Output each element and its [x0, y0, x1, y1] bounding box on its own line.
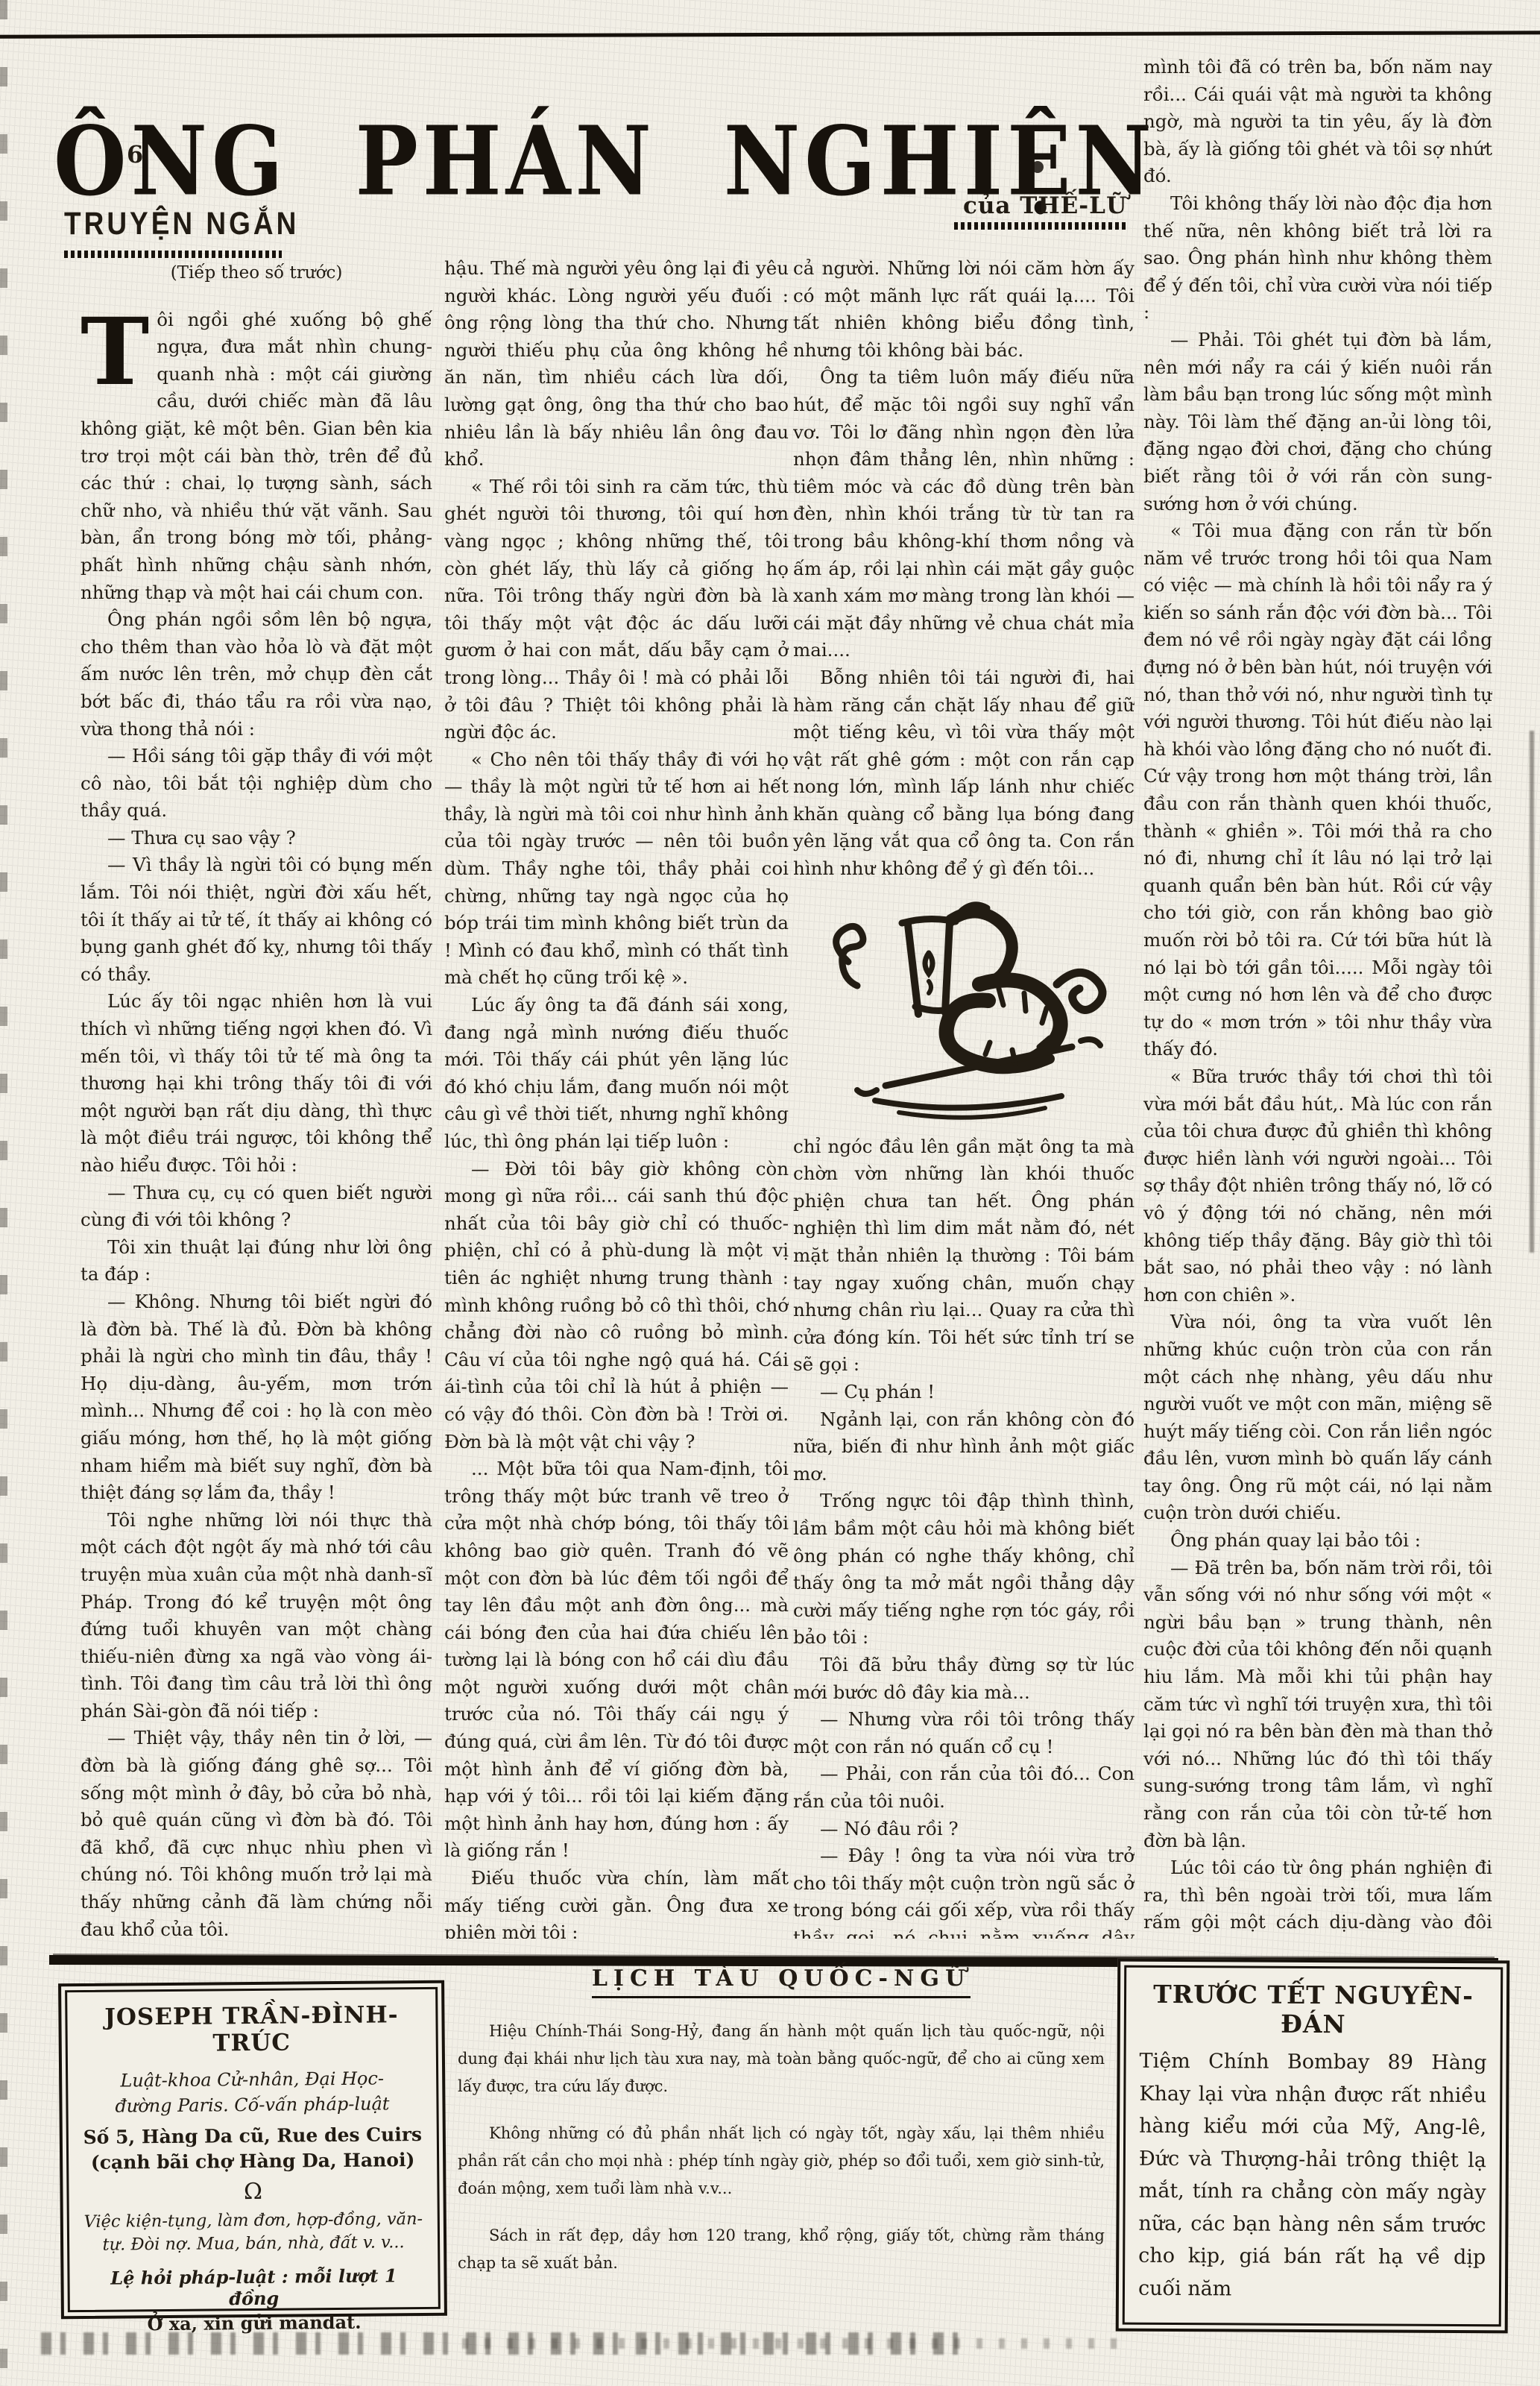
- story-paragraph: « Tôi mua đặng con rắn từ bốn năm về trư…: [1143, 517, 1492, 1063]
- story-paragraph: — Cụ phán !: [793, 1379, 1135, 1406]
- ad-title: TRƯỚC TẾT NGUYÊN-ĐÁN: [1140, 1980, 1487, 2039]
- story-paragraph: — Thiệt vậy, thầy nên tin ở lời, — đờn b…: [81, 1725, 432, 1939]
- column-1: (Tiếp theo số trước) Tôi ngồi ghé xuống …: [81, 259, 432, 1939]
- story-paragraph: Lúc ấy tôi ngạc nhiên hơn là vui thích v…: [81, 988, 432, 1179]
- ad-tiem-chinh-bombay: TRƯỚC TẾT NGUYÊN-ĐÁN Tiệm Chính Bombay 8…: [1116, 1959, 1510, 2334]
- byline-block: của THẾ-LỮ: [850, 192, 1127, 230]
- drop-cap: T: [81, 306, 157, 389]
- section-underline: [64, 251, 282, 258]
- ad-title: JOSEPH TRẦN-ĐÌNH-TRÚC: [81, 2001, 423, 2058]
- story-paragraph: « Bữa trước thầy tới chơi thì tôi vừa mớ…: [1143, 1063, 1492, 1309]
- story-paragraph: — Nhưng vừa rồi tôi trông thấy một con r…: [793, 1706, 1135, 1760]
- continuation-note: (Tiếp theo số trước): [81, 259, 432, 287]
- story-paragraph: Lúc ấy ông ta đã đánh sái xong, đang ngả…: [444, 992, 789, 1156]
- ad-joseph-tran-dinh-truc: JOSEPH TRẦN-ĐÌNH-TRÚC Luật-khoa Cử-nhân,…: [58, 1980, 447, 2320]
- story-paragraph: — Hồi sáng tôi gặp thầy đi với một cô nà…: [81, 743, 432, 825]
- column-2: hậu. Thế mà người yêu ông lại đi yêu ngư…: [444, 255, 789, 1939]
- ad-address: (cạnh bãi chợ Hàng Da, Hanoi): [82, 2147, 423, 2176]
- story-paragraph: Ông phán quay lại bảo tôi :: [1143, 1527, 1492, 1555]
- ad-credentials-line: đường Paris. Cố-vấn pháp-luật: [81, 2091, 423, 2119]
- story-paragraph: Tôi ngồi ghé xuống bộ ghế ngựa, đưa mắt …: [81, 306, 432, 607]
- story-paragraph: — Đã trên ba, bốn năm trời rồi, tôi vẫn …: [1143, 1555, 1492, 1855]
- story-paragraph: Vừa nói, ông ta vừa vuốt lên những khúc …: [1143, 1309, 1492, 1527]
- ad-inner-frame: TRƯỚC TẾT NGUYÊN-ĐÁN Tiệm Chính Bombay 8…: [1123, 1965, 1503, 2327]
- ad-title: LỊCH TÀU QUỐC-NGỮ: [458, 1965, 1105, 1998]
- ad-credentials-line: Luật-khoa Cử-nhân, Đại Học-: [81, 2065, 423, 2094]
- story-paragraph: Tôi đã bửu thầy đừng sợ từ lúc mới bước …: [793, 1652, 1135, 1706]
- byline: của THẾ-LỮ: [850, 192, 1127, 219]
- story-paragraph: Ông ta tiêm luôn mấy điếu nữa hút, để mặ…: [793, 364, 1135, 664]
- ad-services-line: tự. Đòi nợ. Mua, bán, nhà, đất v. v...: [83, 2231, 424, 2257]
- story-paragraph: Trống ngực tôi đập thình thình, lầm bầm …: [793, 1488, 1135, 1652]
- ad-fee-line: Lệ hỏi pháp-luật : mỗi lượt 1 đồng: [83, 2264, 424, 2311]
- story-paragraph: ... Một bữa tôi qua Nam-định, tôi trông …: [444, 1455, 789, 1865]
- story-paragraph: — Thưa cụ, cụ có quen biết người cùng đi…: [81, 1180, 432, 1234]
- ad-paragraph: Hiệu Chính-Thái Song-Hỷ, đang ấn hành mộ…: [458, 2018, 1105, 2100]
- story-paragraph: — Thưa cụ sao vậy ?: [81, 825, 432, 852]
- top-rule: [0, 31, 1540, 38]
- ad-paragraph: Không những có đủ phần nhất lịch có ngày…: [458, 2120, 1105, 2203]
- scan-noise: [462, 2338, 1133, 2349]
- story-paragraph: Ông phán ngồi sồm lên bộ ngựa, cho thêm …: [81, 606, 432, 743]
- story-paragraph: Ngảnh lại, con rắn không còn đó nữa, biế…: [793, 1406, 1135, 1488]
- byline-underline: [954, 222, 1127, 230]
- story-paragraph: Tôi nghe những lời nói thực thà một cách…: [81, 1507, 432, 1725]
- ornament-icon: Ω: [82, 2177, 423, 2206]
- story-paragraph: Lúc tôi cáo từ ông phán nghiện đi ra, th…: [1143, 1854, 1492, 1939]
- story-paragraph: « Thế rồi tôi sinh ra căm tức, thù ghét …: [444, 473, 789, 746]
- snake-opium-lamp-illustration: [804, 895, 1124, 1126]
- scan-edge-noise: [0, 0, 7, 2386]
- ad-services-line: Việc kiện-tụng, làm đơn, hợp-đồng, văn-: [83, 2208, 424, 2234]
- story-paragraph: Tôi xin thuật lại đúng như lời ông ta đá…: [81, 1234, 432, 1288]
- story-paragraph: — Phải, con rắn của tôi đó... Con rắn củ…: [793, 1760, 1135, 1815]
- story-paragraph: — Nó đâu rồi ?: [793, 1816, 1135, 1843]
- ad-inner-frame: JOSEPH TRẦN-ĐÌNH-TRÚC Luật-khoa Cử-nhân,…: [65, 1987, 441, 2312]
- ad-paragraph: Sách in rất đẹp, dầy hơn 120 trang, khổ …: [458, 2222, 1105, 2277]
- ad-body: Tiệm Chính Bombay 89 Hàng Khay lại vừa n…: [1138, 2045, 1487, 2306]
- story-paragraph: — Vì thầy là ngừi tôi có bụng mến lắm. T…: [81, 852, 432, 988]
- story-paragraph: — Không. Nhưng tôi biết ngừi đó là đờn b…: [81, 1288, 432, 1507]
- story-paragraph: Điếu thuốc vừa chín, làm mất mấy tiếng c…: [444, 1865, 789, 1939]
- story-paragraph: Bỗng nhiên tôi tái người đi, hai hàm răn…: [793, 664, 1135, 883]
- story-paragraph: cả người. Những lời nói căm hờn ấy có mộ…: [793, 255, 1135, 364]
- column-3: cả người. Những lời nói căm hờn ấy có mộ…: [793, 255, 1135, 1939]
- ornament-dot: [1032, 161, 1044, 173]
- newspaper-page: 6 TRUYỆN NGẮN ÔNG PHÁN NGHIỆN của THẾ-LỮ…: [0, 0, 1540, 2386]
- story-paragraph: hậu. Thế mà người yêu ông lại đi yêu ngư…: [444, 255, 789, 473]
- story-paragraph: — Đây ! ông ta vừa nói vừa trở cho tôi t…: [793, 1842, 1135, 1939]
- ad-address: Số 5, Hàng Da cũ, Rue des Cuirs: [82, 2122, 423, 2150]
- ad-lich-tau-quoc-ngu: LỊCH TÀU QUỐC-NGỮ Hiệu Chính-Thái Song-H…: [458, 1965, 1105, 2314]
- column-4: mình tôi đã có trên ba, bốn năm nay rồi.…: [1143, 54, 1492, 1939]
- story-paragraph: — Phải. Tôi ghét tụi đờn bà lắm, nên mới…: [1143, 327, 1492, 517]
- story-paragraph: — Đời tôi bây giờ không còn mong gì nữa …: [444, 1156, 789, 1456]
- story-paragraph: mình tôi đã có trên ba, bốn năm nay rồi.…: [1143, 54, 1492, 190]
- story-paragraph: chỉ ngóc đầu lên gần mặt ông ta mà chờn …: [793, 1133, 1135, 1379]
- story-paragraph: « Cho nên tôi thấy thầy đi với họ — thầy…: [444, 746, 789, 992]
- scan-edge-noise: [1530, 731, 1534, 1253]
- story-paragraph: Tôi không thấy lời nào độc địa hơn thế n…: [1143, 190, 1492, 327]
